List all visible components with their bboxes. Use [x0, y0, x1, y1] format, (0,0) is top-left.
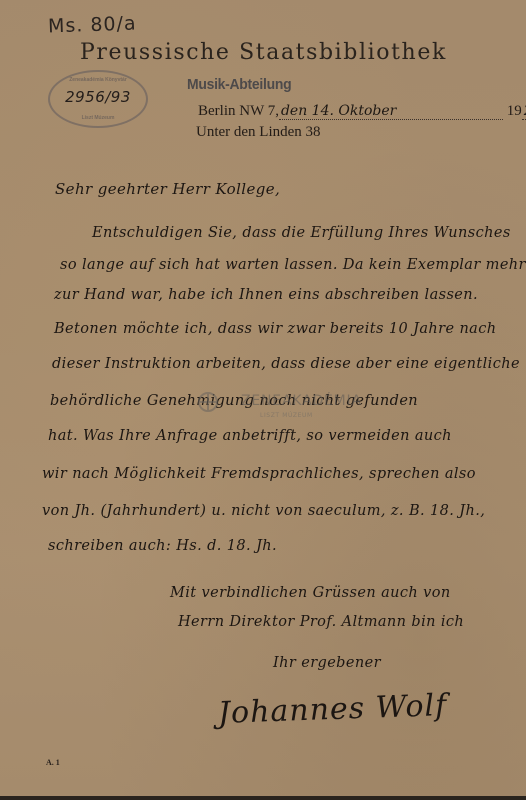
shelfmark-annotation: Ms. 80/a — [48, 12, 137, 37]
closing-line-3: Ihr ergebener — [273, 655, 381, 671]
salutation: Sehr geehrter Herr Kollege, — [55, 180, 280, 198]
watermark-name: ZENEAKADÉMIA — [241, 393, 362, 409]
letterhead-department: Musik-Abteilung — [187, 76, 291, 93]
body-line-9: von Jh. (Jahrhundert) u. nicht von saecu… — [42, 503, 485, 519]
year-prefix: 19 — [507, 103, 522, 119]
zeneakademia-watermark: ZENEAKADÉMIA LISZT MÚZEUM — [198, 392, 368, 432]
year-handwritten: 25 — [522, 103, 526, 120]
place-prefix: Berlin NW 7, — [198, 103, 279, 119]
date-handwritten: den 14. Oktober — [279, 103, 503, 120]
letterhead-address: Unter den Linden 38 — [196, 124, 321, 141]
closing-line-1: Mit verbindlichen Grüssen auch von — [170, 585, 451, 601]
stamp-top-text: Zeneakadémia Könyvtár — [50, 77, 146, 83]
letterhead-institution: Preussische Staatsbibliothek — [80, 40, 447, 65]
body-line-4: Betonen möchte ich, dass wir zwar bereit… — [54, 321, 497, 337]
body-line-10: schreiben auch: Hs. d. 18. Jh. — [48, 538, 277, 554]
letter-page: Ms. 80/a Preussische Staatsbibliothek Mu… — [0, 0, 526, 796]
watermark-subtitle: LISZT MÚZEUM — [260, 412, 313, 419]
liszt-museum-logo-icon — [198, 392, 218, 412]
scan-bottom-edge — [0, 796, 526, 800]
body-line-2: so lange auf sich hat warten lassen. Da … — [60, 257, 526, 273]
body-line-5: dieser Instruktion arbeiten, dass diese … — [52, 356, 520, 372]
body-line-3: zur Hand war, habe ich Ihnen eins abschr… — [54, 287, 478, 303]
form-code: A. 1 — [46, 758, 60, 767]
signature: Johannes Wolf — [217, 688, 447, 731]
closing-line-2: Herrn Direktor Prof. Altmann bin ich — [178, 614, 464, 630]
body-line-8: wir nach Möglichkeit Fremdsprachliches, … — [42, 466, 476, 482]
body-line-1: Entschuldigen Sie, dass die Erfüllung Ih… — [92, 225, 511, 241]
stamp-inventory-number: 2956/93 — [50, 88, 146, 106]
letterhead-place-date: Berlin NW 7,den 14. Oktober 1925 — [198, 103, 526, 120]
library-stamp: Zeneakadémia Könyvtár 2956/93 Liszt Múze… — [48, 70, 148, 128]
stamp-bottom-text: Liszt Múzeum — [50, 115, 146, 121]
